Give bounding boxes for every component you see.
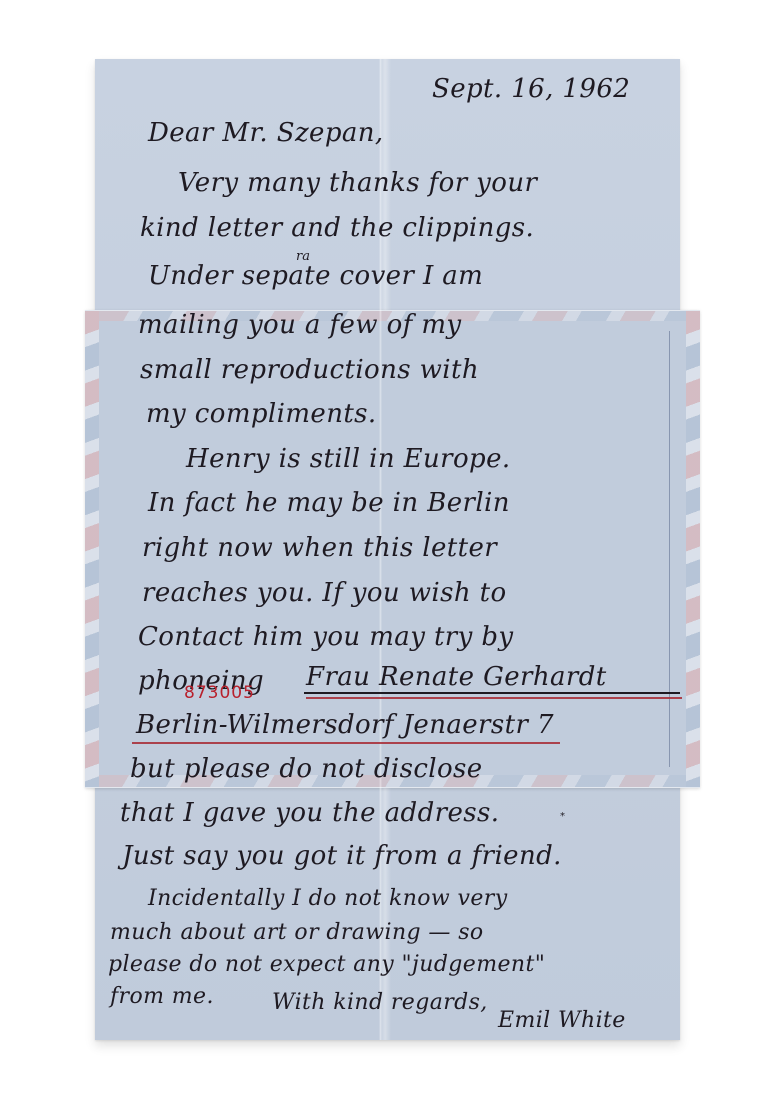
- letter-signature: Emil White: [498, 1010, 626, 1032]
- letter-line: reaches you. If you wish to: [142, 580, 507, 606]
- letter-line: from me.: [110, 986, 214, 1008]
- letter-line: right now when this letter: [142, 535, 497, 561]
- letter-line: In fact he may be in Berlin: [148, 490, 510, 516]
- letter-closing: With kind regards,: [272, 992, 488, 1014]
- letter-line: Very many thanks for your: [178, 170, 537, 196]
- letter-line: but please do not disclose: [130, 756, 483, 782]
- letter-line: Contact him you may try by: [138, 624, 514, 650]
- contact-name-red-underline: [306, 697, 682, 699]
- letter-photo: Sept. 16, 1962 Dear Mr. Szepan, Very man…: [0, 0, 768, 1118]
- letter-line: mailing you a few of my: [138, 312, 462, 338]
- phone-number-annotation: 873005: [184, 685, 255, 702]
- letter-date: Sept. 16, 1962: [432, 76, 630, 102]
- letter-line: Henry is still in Europe.: [186, 446, 511, 472]
- airmail-stripe-right: [686, 311, 700, 787]
- fold-edge-rule: [669, 331, 670, 767]
- asterisk-mark: *: [560, 812, 565, 822]
- letter-line: small reproductions with: [140, 357, 479, 383]
- address-red-underline: [132, 742, 560, 744]
- letter-contact-name: Frau Renate Gerhardt: [306, 664, 607, 690]
- letter-line: my compliments.: [146, 401, 377, 427]
- contact-name-ink-underline: [304, 692, 680, 694]
- letter-line: Just say you got it from a friend.: [122, 843, 562, 869]
- letter-salutation: Dear Mr. Szepan,: [148, 120, 384, 146]
- letter-line: kind letter and the clippings.: [140, 215, 534, 241]
- letter-line: that I gave you the address.: [120, 800, 499, 826]
- airmail-stripe-left: [85, 311, 99, 787]
- letter-contact-address: Berlin-Wilmersdorf Jenaerstr 7: [136, 712, 554, 738]
- letter-line: much about art or drawing — so: [110, 922, 484, 944]
- letter-line: Incidentally I do not know very: [148, 888, 508, 910]
- letter-line: Under sepate cover I am: [148, 263, 483, 289]
- letter-line: please do not expect any "judgement": [108, 954, 545, 976]
